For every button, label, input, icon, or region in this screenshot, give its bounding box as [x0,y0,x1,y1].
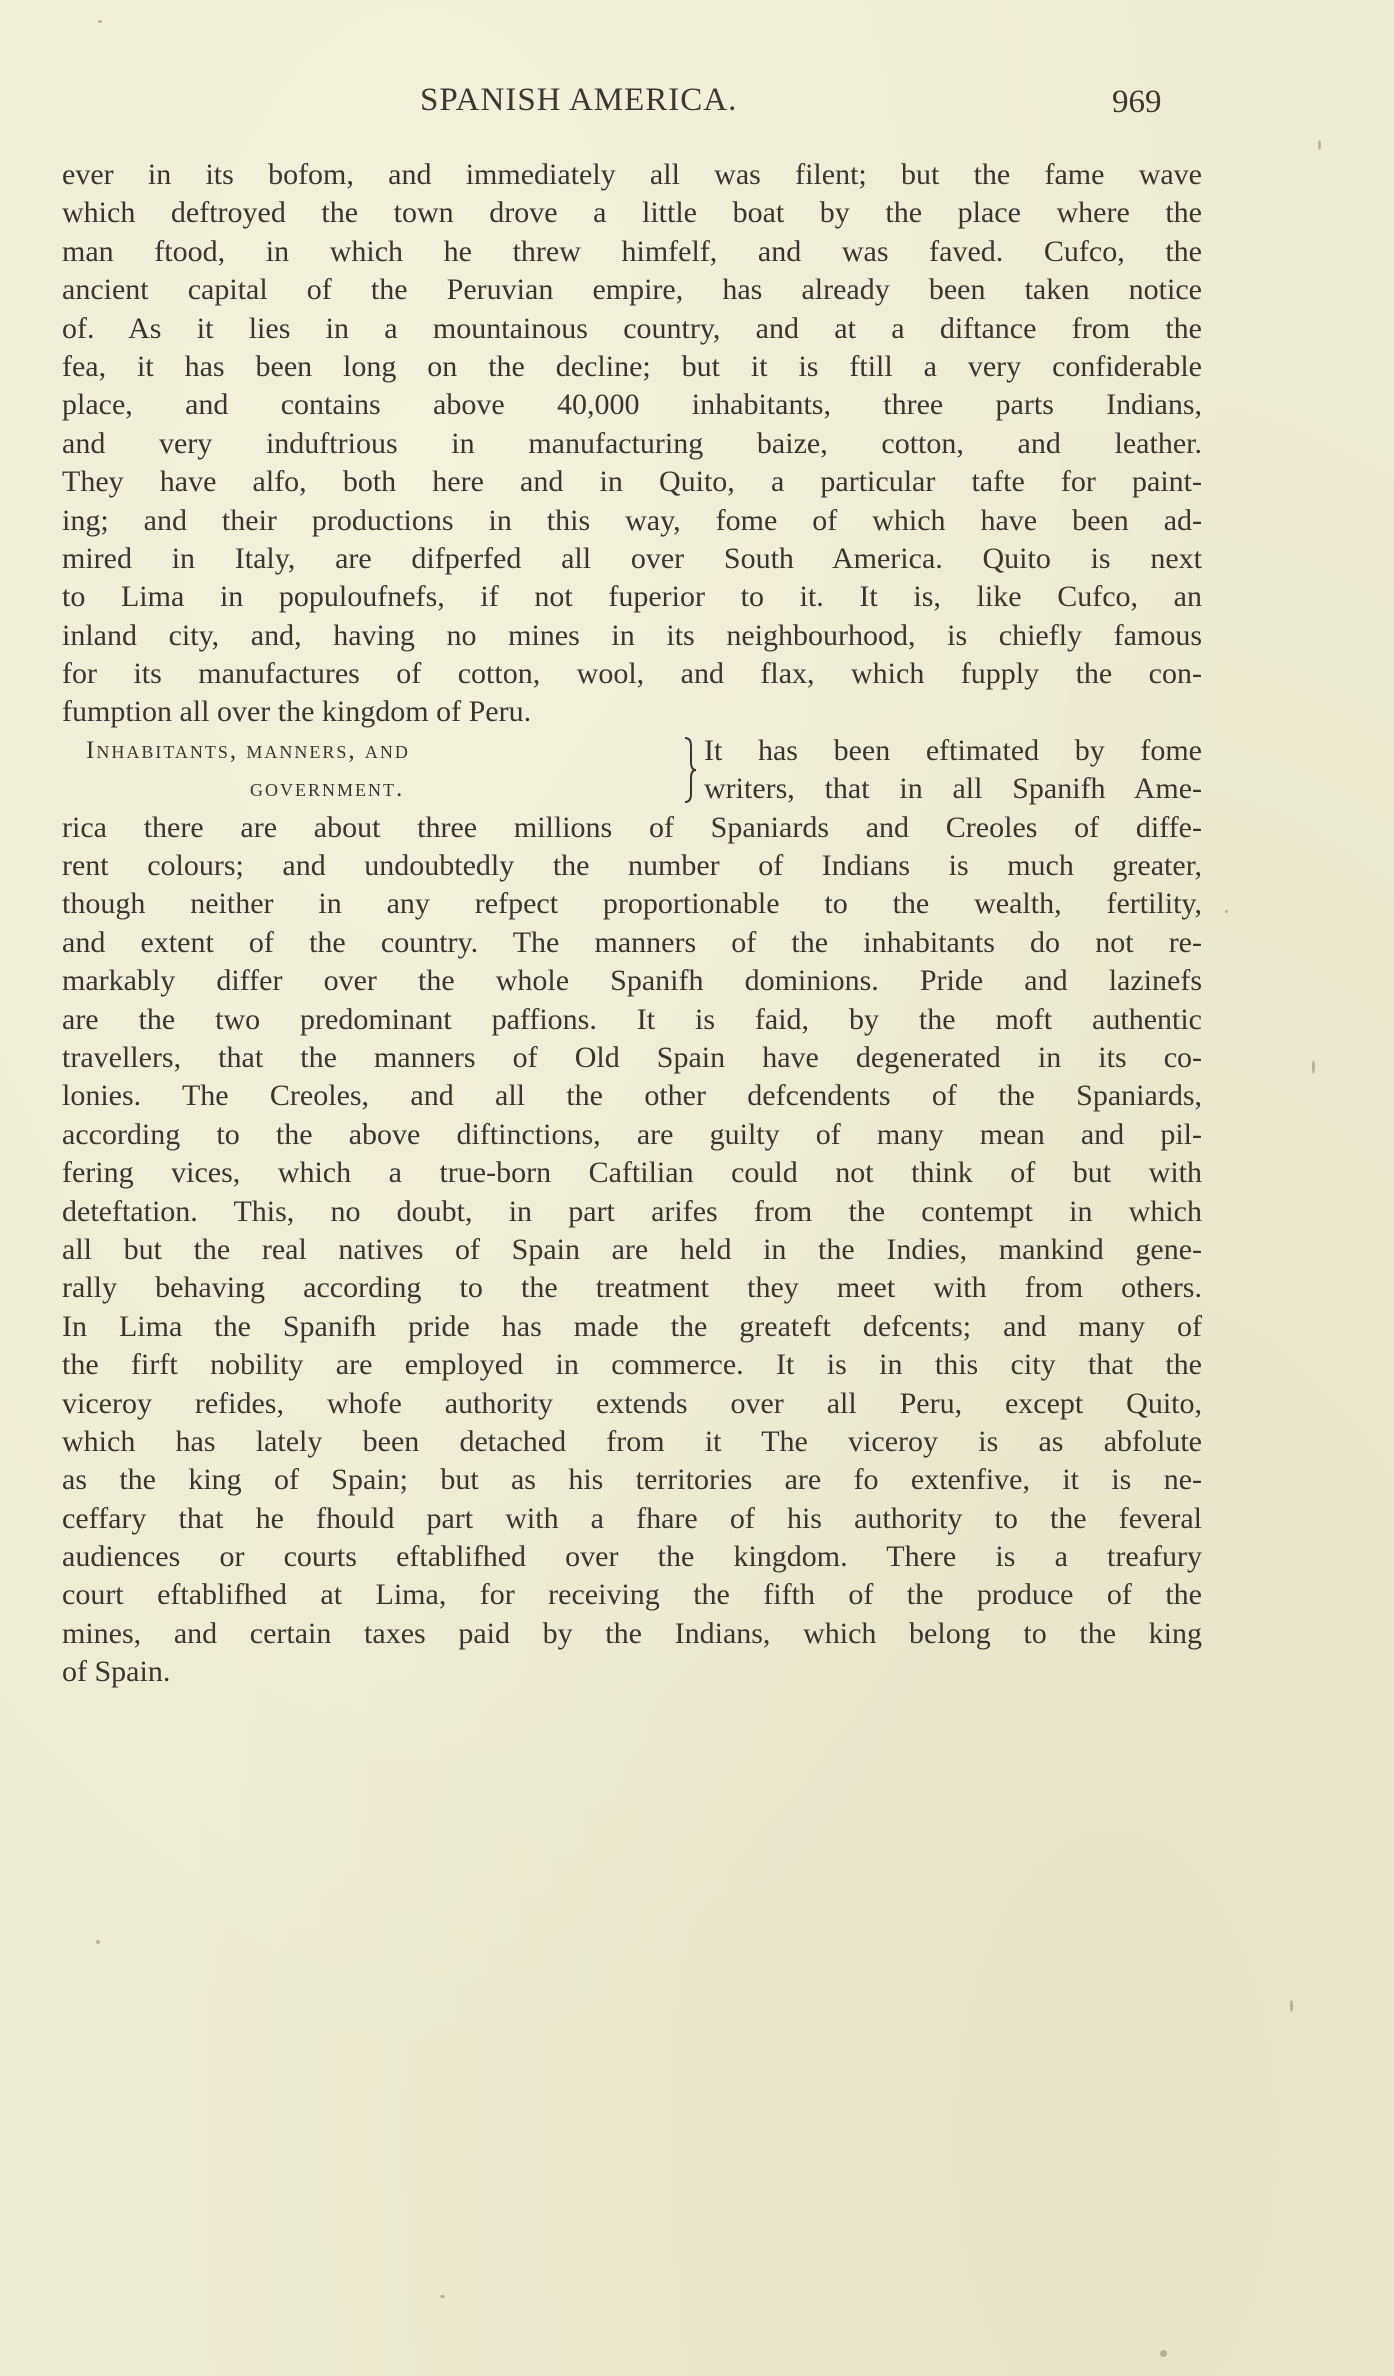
text-line: ancient capital of the Peruvian empire, … [62,271,1202,309]
text-line: audiences or courts eftablifhed over the… [62,1538,1202,1576]
text-line: rent colours; and undoubtedly the number… [62,847,1202,885]
text-line: mired in Italy, are difperfed all over S… [62,540,1202,578]
text-line: of. As it lies in a mountainous country,… [62,310,1202,348]
text-line: fering vices, which a true-born Caftilia… [62,1154,1202,1192]
text-line: though neither in any refpect proportion… [62,885,1202,923]
text-line: which has lately been detached from it T… [62,1423,1202,1461]
page-number: 969 [1112,84,1162,121]
text-line: place, and contains above 40,000 inhabit… [62,386,1202,424]
side-heading: Inhabitants, manners, and [86,732,686,770]
paper-speck [1318,140,1321,150]
text-line: of Spain. [62,1653,1202,1691]
paper-speck [1160,2350,1167,2357]
paper-speck [1225,910,1228,913]
text-line: They have alfo, both here and in Quito, … [62,463,1202,501]
text-line: ing; and their productions in this way, … [62,502,1202,540]
text-line: according to the above diftinctions, are… [62,1116,1202,1154]
text-line: lonies. The Creoles, and all the other d… [62,1077,1202,1115]
paper-speck [1312,1060,1315,1074]
side-heading-row-2: government. writers, that in all Spanifh… [62,770,1202,808]
text-line: which deftroyed the town drove a little … [62,194,1202,232]
running-title: SPANISH AMERICA. [420,82,737,119]
running-head: SPANISH AMERICA. 969 [0,82,1394,126]
paper-speck [98,20,102,23]
text-line: inland city, and, having no mines in its… [62,617,1202,655]
text-line: man ftood, in which he threw himfelf, an… [62,233,1202,271]
text-line: writers, that in all Spanifh Ame- [704,770,1202,808]
paper-speck [440,2295,445,2298]
paper-speck [1290,2000,1293,2012]
text-line: viceroy refides, whofe authority extends… [62,1385,1202,1423]
text-line: the firft nobility are employed in comme… [62,1346,1202,1384]
text-line: travellers, that the manners of Old Spai… [62,1039,1202,1077]
text-line: It has been eftimated by fome [704,732,1202,770]
text-line: markably differ over the whole Spanifh d… [62,962,1202,1000]
text-line: ceffary that he fhould part with a fhare… [62,1500,1202,1538]
body-text: ever in its bofom, and immediately all w… [62,156,1202,1692]
text-line: In Lima the Spanifh pride has made the g… [62,1308,1202,1346]
text-line: for its manufactures of cotton, wool, an… [62,655,1202,693]
text-line: ever in its bofom, and immediately all w… [62,156,1202,194]
text-line: and extent of the country. The manners o… [62,924,1202,962]
side-heading-row-1: Inhabitants, manners, and It has been ef… [62,732,1202,770]
text-line: mines, and certain taxes paid by the Ind… [62,1615,1202,1653]
paper-speck [96,1940,100,1944]
text-line: rica there are about three millions of S… [62,809,1202,847]
text-line: fumption all over the kingdom of Peru. [62,693,1202,731]
text-line: deteftation. This, no doubt, in part ari… [62,1193,1202,1231]
text-line: as the king of Spain; but as his territo… [62,1461,1202,1499]
text-line: are the two predominant paffions. It is … [62,1001,1202,1039]
text-line: and very induftrious in manufacturing ba… [62,425,1202,463]
text-line: all but the real natives of Spain are he… [62,1231,1202,1269]
text-line: fea, it has been long on the decline; bu… [62,348,1202,386]
text-line: rally behaving according to the treatmen… [62,1269,1202,1307]
text-line: court eftablifhed at Lima, for receiving… [62,1576,1202,1614]
text-line: to Lima in populoufnefs, if not fuperior… [62,578,1202,616]
